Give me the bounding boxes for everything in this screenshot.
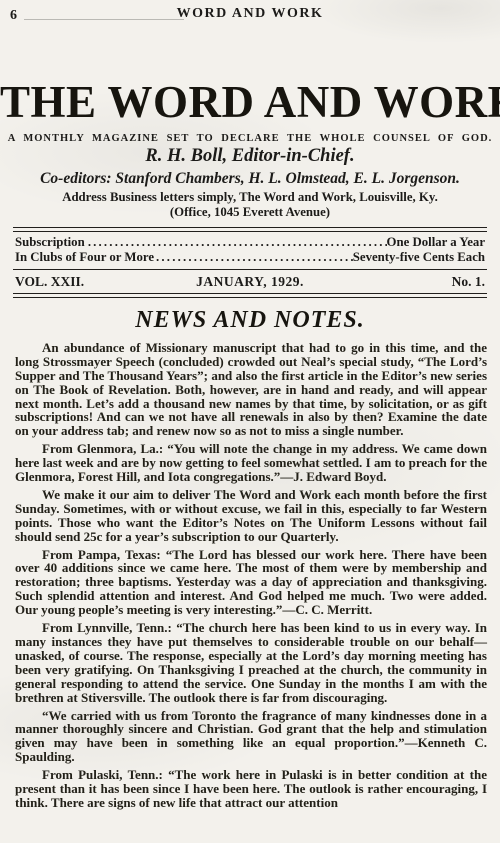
page-header: 6 WORD AND WORK: [0, 0, 500, 24]
scan-artifact-line: [24, 19, 184, 20]
paragraph: We make it our aim to deliver The Word a…: [15, 488, 487, 544]
issue-bar: VOL. XXII. JANUARY, 1929. No. 1.: [13, 270, 487, 293]
coeditors-line: Co-editors: Stanford Chambers, H. L. Olm…: [0, 170, 500, 188]
masthead-tagline: A MONTHLY MAGAZINE SET TO DECLARE THE WH…: [0, 133, 500, 144]
subscription-box: Subscription . .........................…: [13, 227, 487, 298]
leader-dots: ........................................…: [91, 235, 386, 251]
paragraph-bold-text: The Book of Revelation.: [33, 382, 170, 397]
address-line: Address Business letters simply, The Wor…: [0, 190, 500, 205]
paragraph: From Pampa, Texas: “The Lord has blessed…: [15, 548, 487, 618]
rule-bottom: [13, 293, 487, 298]
scanned-magazine-page: 6 WORD AND WORK THE WORD AND WORK A MONT…: [0, 0, 500, 843]
editor-line: R. H. Boll, Editor-in-Chief.: [0, 146, 500, 167]
subscription-label: In Clubs of Four or More: [15, 250, 154, 266]
paragraph: From Lynnville, Tenn.: “The church here …: [15, 621, 487, 704]
paragraph: From Pulaski, Tenn.: “The work here in P…: [15, 768, 487, 810]
article-heading: NEWS AND NOTES.: [0, 307, 500, 334]
issue-number: No. 1.: [347, 274, 485, 290]
issue-date: JANUARY, 1929.: [153, 274, 347, 290]
masthead-title: THE WORD AND WORK: [0, 80, 500, 126]
issue-volume: VOL. XXII.: [15, 274, 153, 290]
page-number: 6: [10, 8, 17, 23]
subscription-rows: Subscription . .........................…: [13, 232, 487, 269]
subscription-row: Subscription . .........................…: [15, 235, 485, 251]
paragraph: An abundance of Missionary manuscript th…: [15, 341, 487, 438]
subscription-label: Subscription .: [15, 235, 91, 251]
running-title: WORD AND WORK: [177, 6, 324, 22]
article-body: An abundance of Missionary manuscript th…: [15, 341, 487, 810]
leader-dots: ........................................…: [154, 250, 353, 266]
office-line: (Office, 1045 Everett Avenue): [0, 205, 500, 220]
masthead: THE WORD AND WORK A MONTHLY MAGAZINE SET…: [0, 80, 500, 220]
subscription-row: In Clubs of Four or More ...............…: [15, 250, 485, 266]
paragraph: “We carried with us from Toronto the fra…: [15, 709, 487, 765]
paragraph: From Glenmora, La.: “You will note the c…: [15, 442, 487, 484]
subscription-value: Seventy-five Cents Each: [353, 250, 485, 266]
subscription-value: One Dollar a Year: [387, 235, 485, 251]
